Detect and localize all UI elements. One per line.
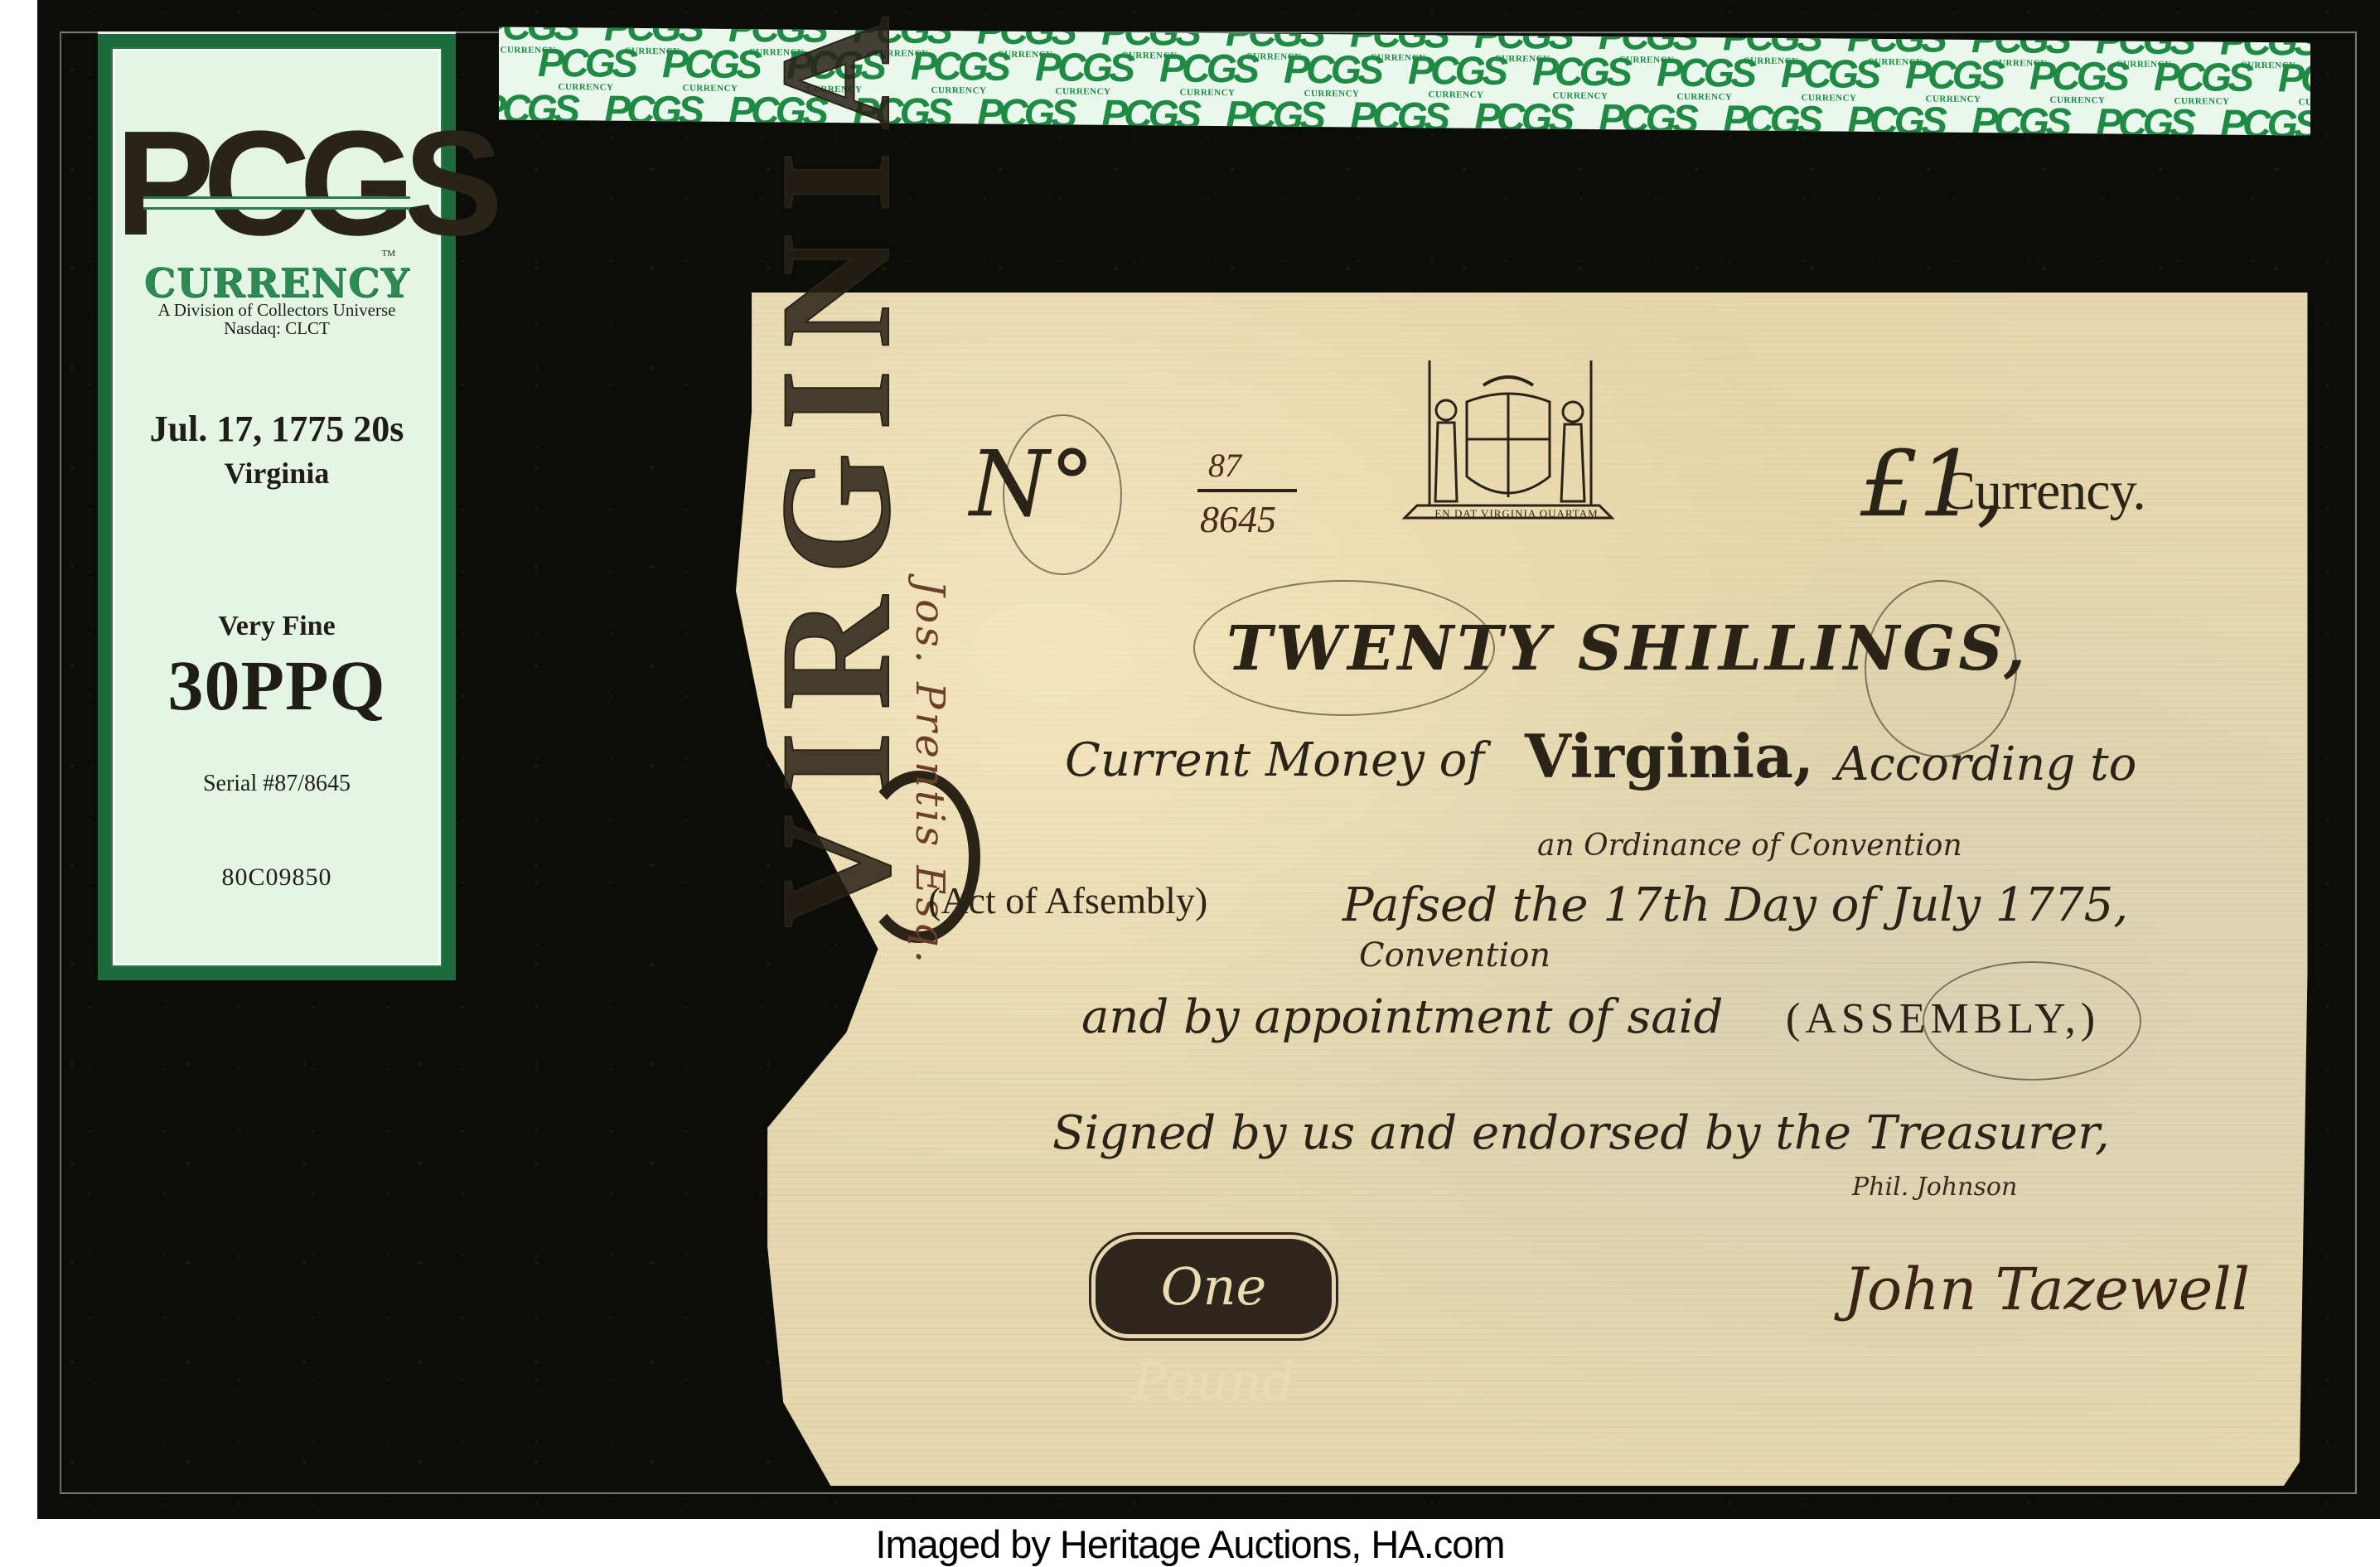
pcgs-logo: PCGS (115, 122, 438, 246)
strip-tile: PCGSCURRENCY (1145, 51, 1270, 98)
signed-text: Signed by us and endorsed by the Treasur… (1052, 1106, 2110, 1160)
strip-tile: PCGSCURRENCY (2140, 60, 2264, 107)
strip-tile: PCGSCURRENCY (1767, 56, 1891, 104)
signature-phil-johnson: Phil. Johnson (1852, 1173, 2017, 1202)
cert-number: 80C09850 (115, 863, 438, 892)
strip-tile-brand: PCGS (2015, 58, 2140, 95)
pcgs-logo-bar (143, 196, 410, 210)
strip-tile: PCGSCURRENCY (1833, 104, 1957, 136)
one-pound-panel: One Pound (1096, 1239, 1332, 1334)
strip-tile: PCGSCURRENCY (1270, 52, 1394, 99)
strip-tile-brand: PCGS (1833, 104, 1957, 136)
convention-insert: Convention (1359, 936, 1550, 975)
strip-tile-brand: PCGS (2206, 106, 2310, 135)
strip-tile: PCGSCURRENCY (2082, 105, 2206, 135)
pcgs-wordmark: PCGS (115, 122, 491, 246)
strip-tile: PCGSCURRENCY (524, 46, 648, 93)
strip-tile-brand: PCGS (1642, 56, 1767, 93)
trademark-mark: TM (382, 249, 396, 259)
strip-tile-brand: PCGS (2264, 60, 2310, 98)
appointment-text: and by appointment of said (1081, 990, 1723, 1044)
strip-tile-brand: PCGS (524, 46, 648, 83)
strip-tile-brand: PCGS (1270, 52, 1394, 89)
currency-word: Currency. (1939, 460, 2145, 523)
crest-motto: EN DAT VIRGINIA QUARTAM (1409, 507, 1624, 520)
grade-value: 30PPQ (115, 644, 438, 727)
strip-tile-brand: PCGS (1891, 57, 2015, 94)
strip-tile: PCGSCURRENCY (1021, 50, 1145, 97)
strip-tile: PCGSCURRENCY (1891, 57, 2015, 104)
note-state: Virginia (115, 456, 438, 491)
serial-top: 87 (1208, 446, 1241, 485)
image-credit: Imaged by Heritage Auctions, HA.com (0, 1521, 2380, 1567)
grading-label: PCGS TM CURRENCY A Division of Collector… (98, 31, 456, 980)
strip-tile-brand: PCGS (1957, 104, 2082, 136)
exchange-text: Nasdaq: CLCT (115, 318, 438, 338)
strip-tile-brand: PCGS (1394, 53, 1518, 90)
current-money-text: Current Money of (1065, 733, 1484, 787)
strip-tile: PCGSCURRENCY (1518, 54, 1642, 101)
act-of-assembly: (Act of Afsembly) (928, 878, 1207, 922)
number-mark: N° (970, 431, 1095, 537)
strip-tile: PCGSCURRENCY (2015, 58, 2140, 105)
virginia-word: Virginia, (1525, 721, 1814, 791)
according-to-text: According to (1836, 738, 2136, 791)
strip-tile: PCGSCURRENCY (1957, 104, 2082, 136)
strip-tile: PCGSCURRENCY (1394, 53, 1518, 100)
signature-john-tazewell: John Tazewell (1844, 1255, 2250, 1323)
strip-tile-brand: PCGS (1518, 54, 1642, 91)
strip-tile-brand: PCGS (2140, 60, 2264, 97)
grade-description: Very Fine (115, 611, 438, 642)
note-title: Jul. 17, 1775 20s (115, 408, 438, 450)
strip-tile-brand: PCGS (1021, 50, 1145, 87)
passed-date-text: Pafsed the 17th Day of July 1775, (1342, 878, 2128, 932)
strip-tile-brand: PCGS (1145, 51, 1270, 88)
serial-divider (1197, 489, 1297, 492)
strip-tile: PCGSCURRENCY (2264, 60, 2310, 108)
strip-tile: PCGSCURRENCY (2206, 106, 2310, 135)
serial-bottom: 8645 (1200, 497, 1276, 541)
strip-tile-brand: PCGS (1767, 56, 1891, 94)
assembly-word: (ASSEMBLY,) (1786, 994, 2100, 1043)
strip-tile-brand: PCGS (2082, 105, 2206, 135)
grading-label-card: PCGS TM CURRENCY A Division of Collector… (113, 49, 441, 965)
ordinance-insert: an Ordinance of Convention (1537, 829, 1962, 863)
serial-number: Serial #87/8645 (115, 771, 438, 797)
strip-tile: PCGSCURRENCY (1642, 56, 1767, 103)
division-text: A Division of Collectors Universe (115, 300, 438, 320)
amount-in-words: TWENTY SHILLINGS, (1226, 613, 2029, 684)
